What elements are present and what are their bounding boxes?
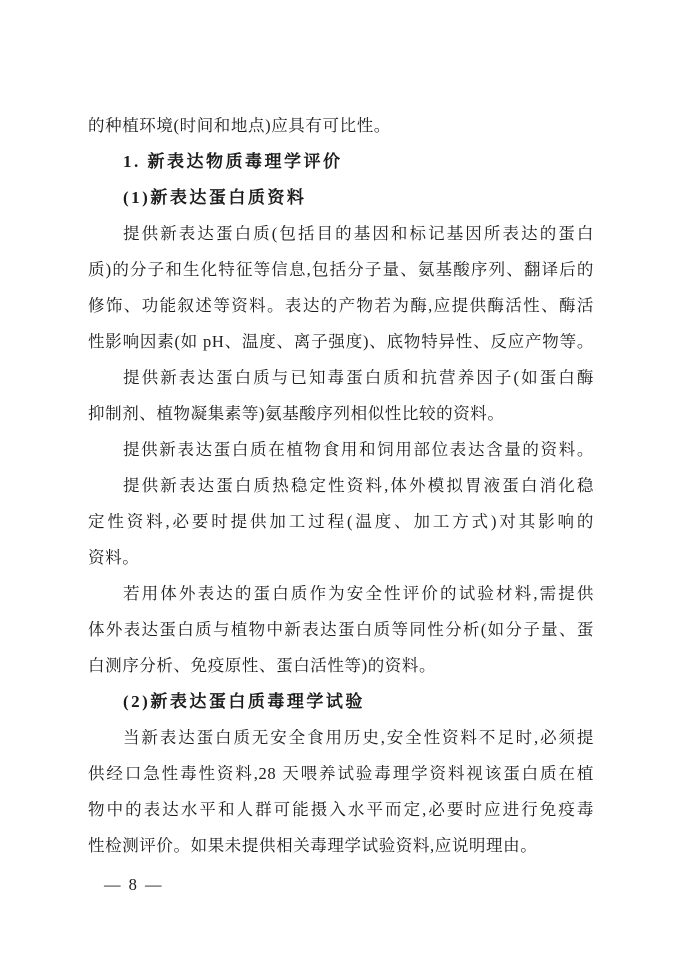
heading-new-protein-data: (1)新表达蛋白质资料 — [88, 180, 594, 216]
body-line: 修饰、功能叙述等资料。表达的产物若为酶,应提供酶活性、酶活 — [88, 288, 594, 324]
heading-new-protein-toxicology-test: (2)新表达蛋白质毒理学试验 — [88, 684, 594, 720]
body-line: 提供新表达蛋白质热稳定性资料,体外模拟胃液蛋白消化稳 — [88, 468, 594, 504]
heading-toxicology-evaluation: 1. 新表达物质毒理学评价 — [88, 144, 594, 180]
page-number: — 8 — — [104, 867, 164, 903]
body-line: 质)的分子和生化特征等信息,包括分子量、氨基酸序列、翻译后的 — [88, 252, 594, 288]
body-line: 供经口急性毒性资料,28 天喂养试验毒理学资料视该蛋白质在植 — [88, 756, 594, 792]
body-line: 物中的表达水平和人群可能摄入水平而定,必要时应进行免疫毒 — [88, 792, 594, 828]
body-line: 体外表达蛋白质与植物中新表达蛋白质等同性分析(如分子量、蛋 — [88, 612, 594, 648]
body-line: 性影响因素(如 pH、温度、离子强度)、底物特异性、反应产物等。 — [88, 324, 594, 360]
body-line: 性检测评价。如果未提供相关毒理学试验资料,应说明理由。 — [88, 828, 594, 864]
body-line: 资料。 — [88, 540, 594, 576]
document-page: 的种植环境(时间和地点)应具有可比性。 1. 新表达物质毒理学评价 (1)新表达… — [0, 0, 690, 975]
body-line: 白测序分析、免疫原性、蛋白活性等)的资料。 — [88, 648, 594, 684]
body-line: 定性资料,必要时提供加工过程(温度、加工方式)对其影响的 — [88, 504, 594, 540]
body-line: 抑制剂、植物凝集素等)氨基酸序列相似性比较的资料。 — [88, 396, 594, 432]
body-line: 提供新表达蛋白质在植物食用和饲用部位表达含量的资料。 — [88, 432, 594, 468]
body-line: 提供新表达蛋白质与已知毒蛋白质和抗营养因子(如蛋白酶 — [88, 360, 594, 396]
body-line: 若用体外表达的蛋白质作为安全性评价的试验材料,需提供 — [88, 576, 594, 612]
body-line: 提供新表达蛋白质(包括目的基因和标记基因所表达的蛋白 — [88, 216, 594, 252]
paragraph-continuation-line: 的种植环境(时间和地点)应具有可比性。 — [88, 108, 594, 144]
body-line: 当新表达蛋白质无安全食用历史,安全性资料不足时,必须提 — [88, 720, 594, 756]
document-body: 的种植环境(时间和地点)应具有可比性。 1. 新表达物质毒理学评价 (1)新表达… — [88, 108, 594, 864]
